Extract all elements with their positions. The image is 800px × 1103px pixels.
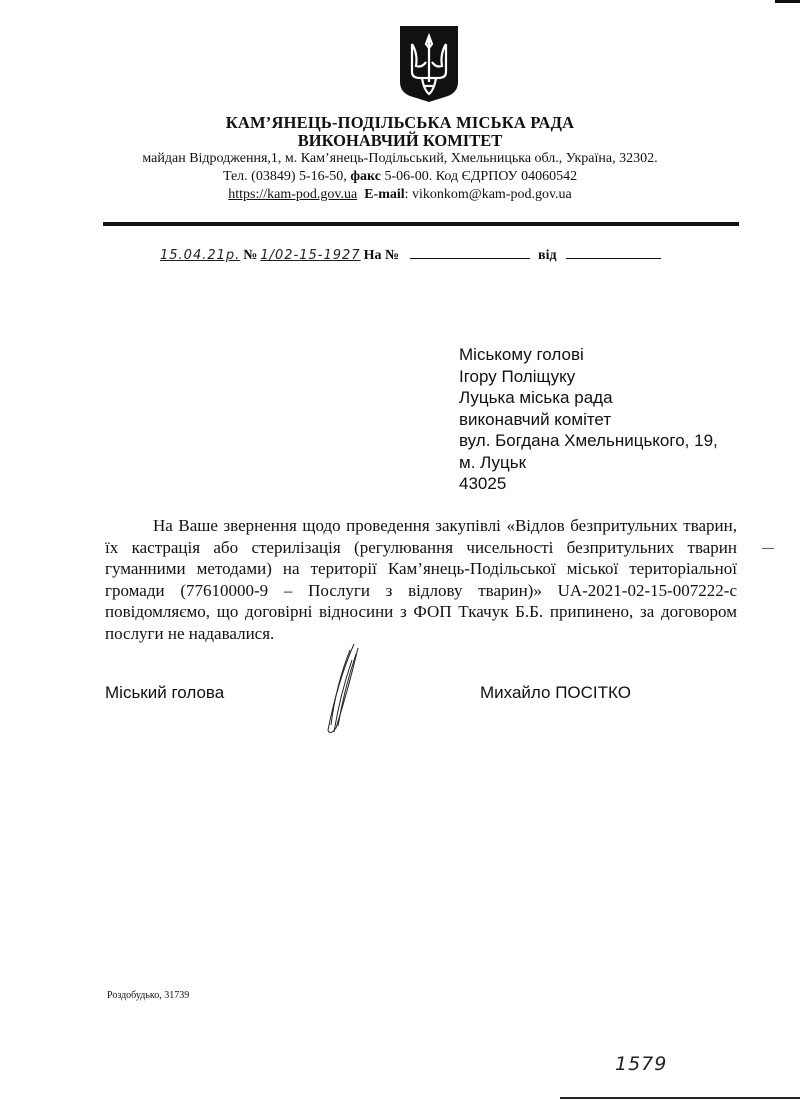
recipient-line: вул. Богдана Хмельницького, 19, — [459, 430, 718, 452]
recipient-line: Ігору Поліщуку — [459, 366, 718, 388]
scan-bottom-edge — [560, 1097, 800, 1099]
letterhead-divider — [103, 222, 739, 226]
scan-corner-mark — [775, 0, 800, 3]
email-value: : vikonkom@kam-pod.gov.ua — [405, 187, 572, 202]
code-value: 04060542 — [521, 169, 577, 184]
code-label: Код ЄДРПОУ — [436, 169, 518, 184]
incoming-number-handwritten: 1579 — [615, 1053, 667, 1075]
outgoing-number: 1/02-15-1927 — [260, 248, 360, 263]
recipient-line: Луцька міська рада — [459, 387, 718, 409]
outgoing-date: 15.04.21р. — [160, 248, 240, 263]
trident-coat-of-arms-icon — [398, 24, 460, 102]
signatory-name: Михайло ПОСІТКО — [480, 683, 631, 703]
recipient-line: виконавчий комітет — [459, 409, 718, 431]
recipient-line: м. Луцьк — [459, 452, 718, 474]
reference-number-blank — [410, 246, 530, 259]
signatory-title: Міський голова — [105, 683, 224, 703]
body-paragraph: На Ваше звернення щодо проведення закупі… — [105, 515, 737, 644]
email-label: E-mail — [364, 187, 404, 202]
fax-value: 5-06-00. — [384, 169, 432, 184]
web-line: https://kam-pod.gov.ua E-mail: vikonkom@… — [0, 187, 800, 203]
fax-label: факс — [350, 169, 381, 184]
scan-margin-mark — [762, 548, 774, 549]
recipient-block: Міському голові Ігору Поліщуку Луцька мі… — [459, 344, 718, 495]
organization-subtitle: ВИКОНАВЧИЙ КОМІТЕТ — [0, 131, 800, 151]
website-link[interactable]: https://kam-pod.gov.ua — [228, 187, 357, 202]
from-date-blank — [566, 246, 661, 259]
handwritten-signature-icon — [318, 640, 368, 740]
recipient-line: 43025 — [459, 473, 718, 495]
from-label: від — [538, 248, 557, 264]
recipient-line: Міському голові — [459, 344, 718, 366]
tel-label: Тел. — [223, 169, 248, 184]
contact-line: Тел. (03849) 5-16-50, факс 5-06-00. Код … — [0, 169, 800, 185]
organization-name: КАМ’ЯНЕЦЬ-ПОДІЛЬСЬКА МІСЬКА РАДА — [0, 113, 800, 133]
number-label: № — [243, 248, 257, 264]
registration-line: 15.04.21р. № 1/02-15-1927 На № від — [160, 246, 661, 264]
organization-address: майдан Відродження,1, м. Кам’янець-Поділ… — [0, 151, 800, 167]
letter-body: На Ваше звернення щодо проведення закупі… — [105, 515, 737, 644]
tel-value: (03849) 5-16-50, — [251, 169, 347, 184]
executor-note: Роздобудько, 31739 — [107, 990, 189, 1001]
reference-label: На № — [364, 248, 399, 264]
